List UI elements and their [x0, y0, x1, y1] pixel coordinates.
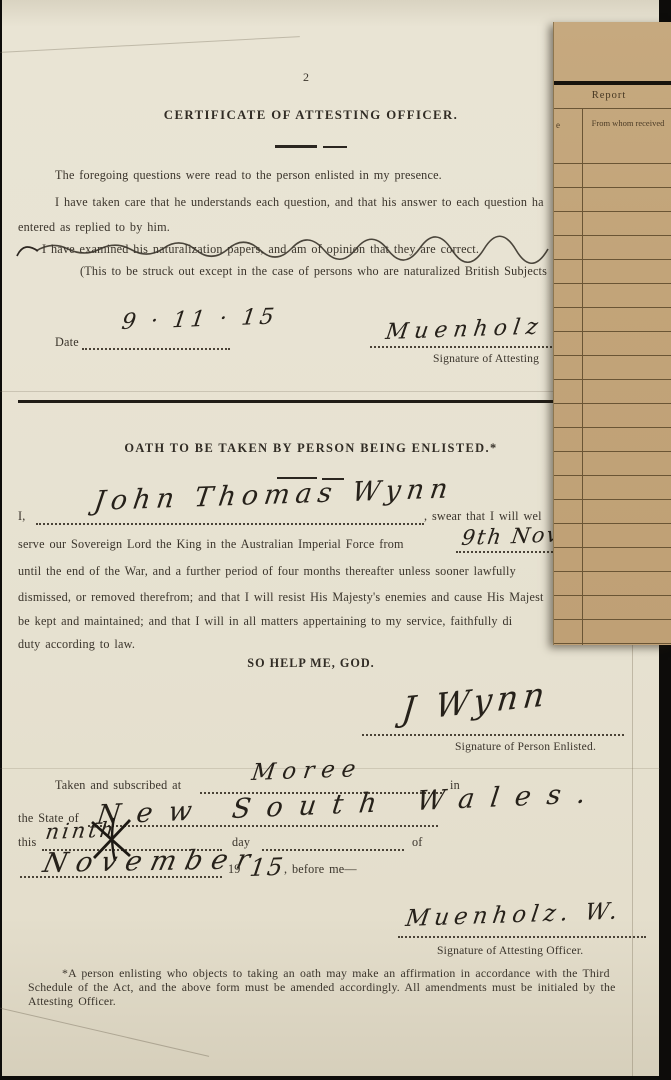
report-row [554, 524, 671, 548]
before-me-text: , before me— [284, 862, 357, 877]
report-row [554, 164, 671, 188]
attestation-line-1-pre: Taken and subscribed at [55, 778, 181, 793]
oath-line-5: be kept and maintained; and that I will … [18, 614, 512, 629]
certificate-paragraph-2-line-1: I have taken care that he understands ea… [55, 195, 544, 210]
officer-signature-dotted-line [398, 936, 646, 938]
title-divider-short [323, 146, 347, 148]
person-signature-caption: Signature of Person Enlisted. [455, 740, 596, 753]
certificate-paragraph-2-line-2: entered as replied to by him. [18, 220, 170, 235]
report-card: Report e From whom received [553, 22, 671, 645]
place-handwritten: Moree [250, 756, 364, 786]
report-row [554, 428, 671, 452]
month-dotted-line-mid [262, 849, 404, 851]
report-row [554, 548, 671, 572]
report-rows [554, 140, 671, 645]
report-row [554, 500, 671, 524]
report-row [554, 476, 671, 500]
certificate-paragraph-1: The foregoing questions were read to the… [55, 168, 442, 183]
year-handwritten: 15 [248, 853, 286, 882]
oath-line-6: duty according to law. [18, 637, 135, 652]
footnote-line-2: Schedule of the Act, and the above form … [28, 980, 616, 995]
report-card-column-header: From whom received [584, 118, 671, 128]
oath-name-dotted-line [36, 523, 424, 525]
oath-lead-in: I, [18, 509, 26, 524]
report-row [554, 572, 671, 596]
oath-line-4: dismissed, or removed therefrom; and tha… [18, 590, 544, 605]
year-prefix: 19 [228, 862, 241, 877]
section-divider-rule [18, 400, 556, 403]
date-label: Date [55, 335, 79, 350]
attesting-signature-caption: Signature of Attesting [433, 352, 539, 365]
footnote-line-3: Attesting Officer. [28, 994, 116, 1009]
report-row [554, 236, 671, 260]
report-row [554, 596, 671, 620]
person-signature-dotted-line [362, 734, 624, 736]
report-row [554, 308, 671, 332]
footnote-line-1: *A person enlisting who objects to takin… [62, 966, 610, 981]
struck-out-note: (This to be struck out except in the cas… [80, 264, 547, 279]
attestation-line-3-post: of [412, 835, 423, 850]
report-row [554, 260, 671, 284]
strikethrough-squiggle [36, 241, 552, 259]
scanned-enlistment-form: 2 CERTIFICATE OF ATTESTING OFFICER. The … [0, 0, 671, 1080]
report-row [554, 356, 671, 380]
attesting-signature-dotted-line [370, 346, 560, 348]
oath-after-name: , swear that I will wel [424, 509, 542, 524]
date-dotted-line [82, 348, 230, 350]
so-help-me-god: SO HELP ME, GOD. [66, 656, 556, 671]
oath-line-2: serve our Sovereign Lord the King in the… [18, 537, 404, 552]
officer-signature-caption: Signature of Attesting Officer. [437, 944, 583, 957]
report-row [554, 284, 671, 308]
page-number: 2 [303, 70, 309, 85]
oath-title: OATH TO BE TAKEN BY PERSON BEING ENLISTE… [66, 441, 556, 456]
report-row [554, 620, 671, 644]
oath-from-dotted-line [456, 551, 556, 553]
report-card-rule [554, 108, 671, 109]
report-row [554, 404, 671, 428]
report-row [554, 380, 671, 404]
report-card-title: Report [559, 90, 659, 101]
check-mark [16, 242, 40, 260]
report-row [554, 332, 671, 356]
oath-line-3: until the end of the War, and a further … [18, 564, 516, 579]
report-row [554, 644, 671, 645]
report-card-heavy-rule [554, 81, 671, 85]
report-card-left-header-fragment: e [556, 120, 560, 130]
report-row [554, 212, 671, 236]
report-row [554, 188, 671, 212]
title-divider-long [275, 145, 317, 148]
report-row [554, 140, 671, 164]
certificate-title: CERTIFICATE OF ATTESTING OFFICER. [66, 108, 556, 123]
attestation-line-3-pre: this [18, 835, 36, 850]
report-row [554, 452, 671, 476]
